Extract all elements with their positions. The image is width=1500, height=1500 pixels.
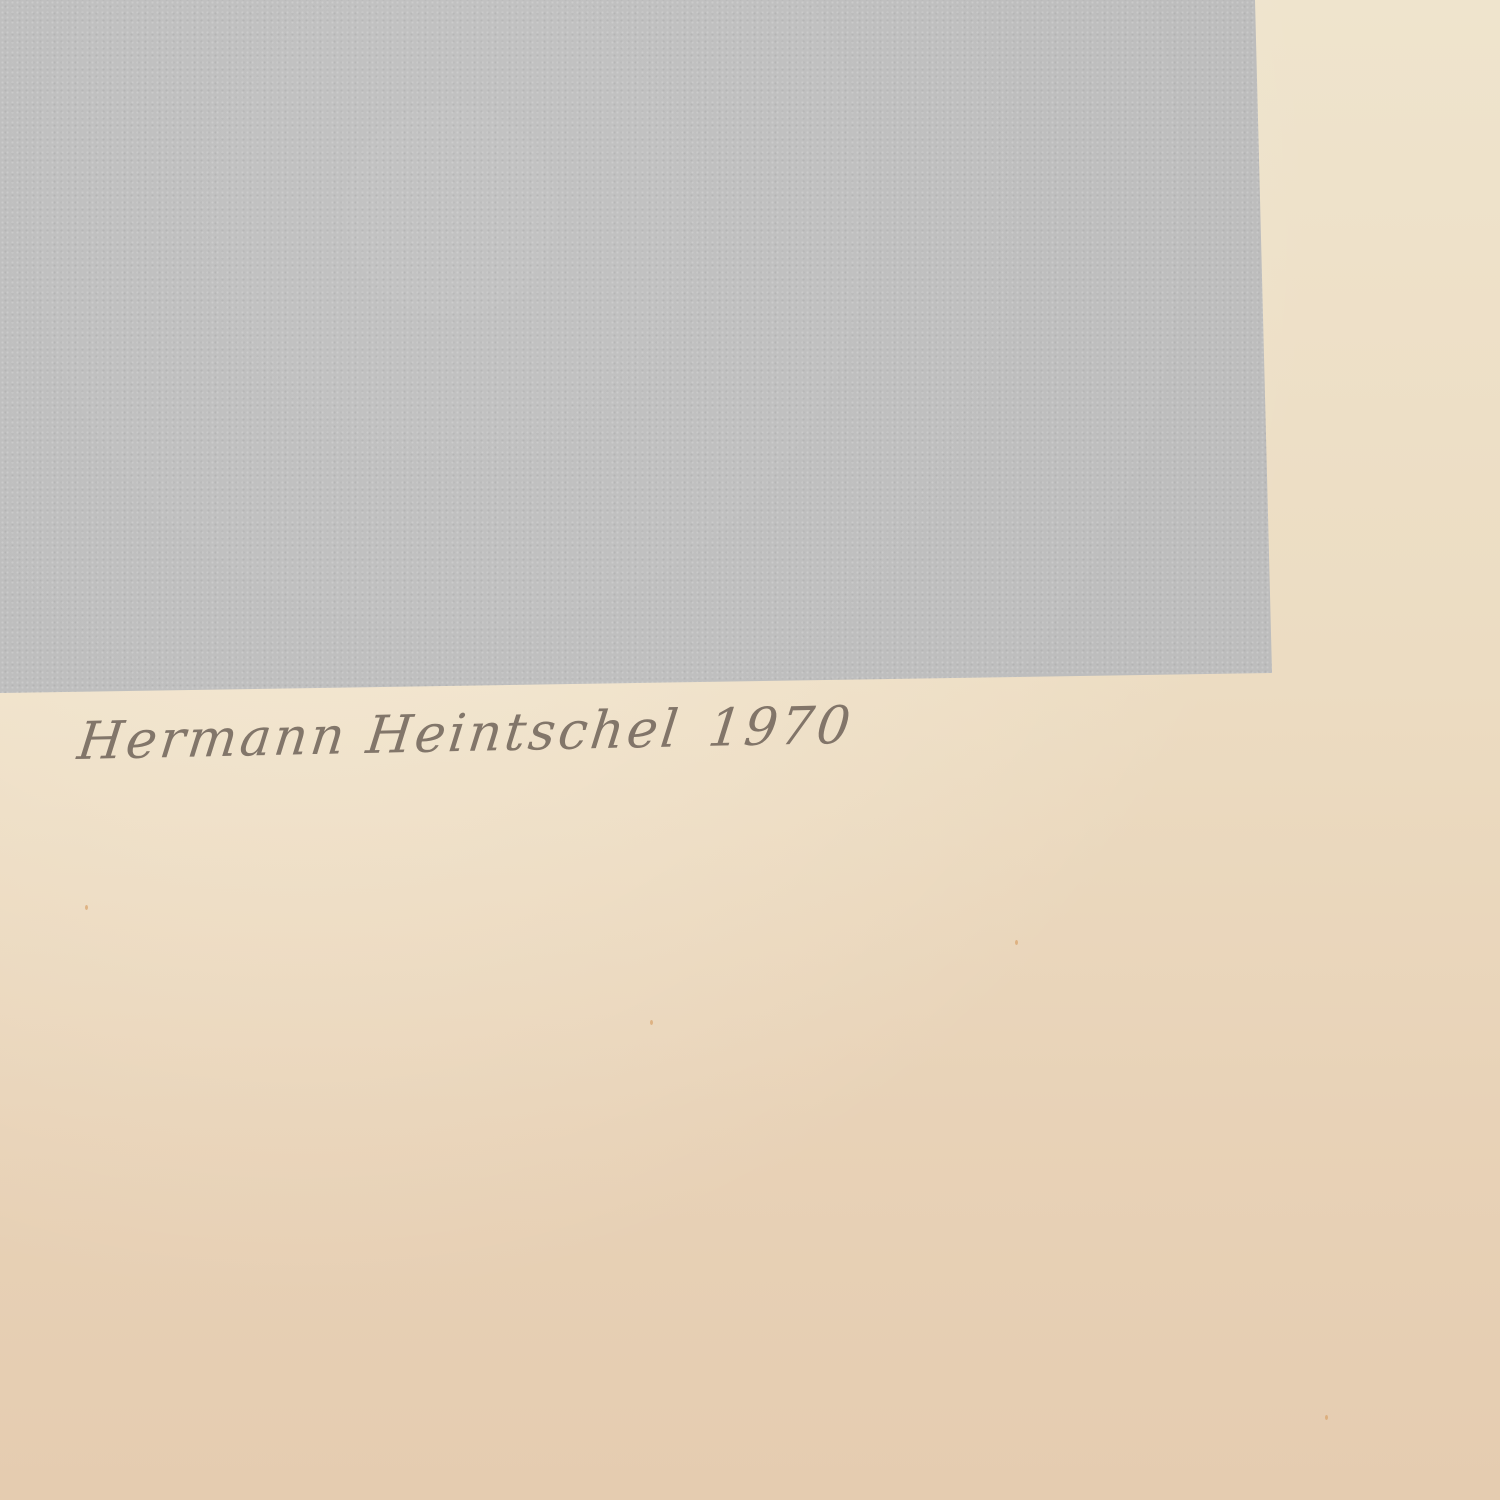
paper-fleck xyxy=(1325,1415,1328,1420)
signature-year: 1970 xyxy=(705,696,856,759)
paper-fleck xyxy=(85,905,88,910)
paper-fleck xyxy=(650,1020,653,1025)
signature-name: Hermann Heintschel xyxy=(74,699,684,772)
paper-fleck xyxy=(1015,940,1018,945)
